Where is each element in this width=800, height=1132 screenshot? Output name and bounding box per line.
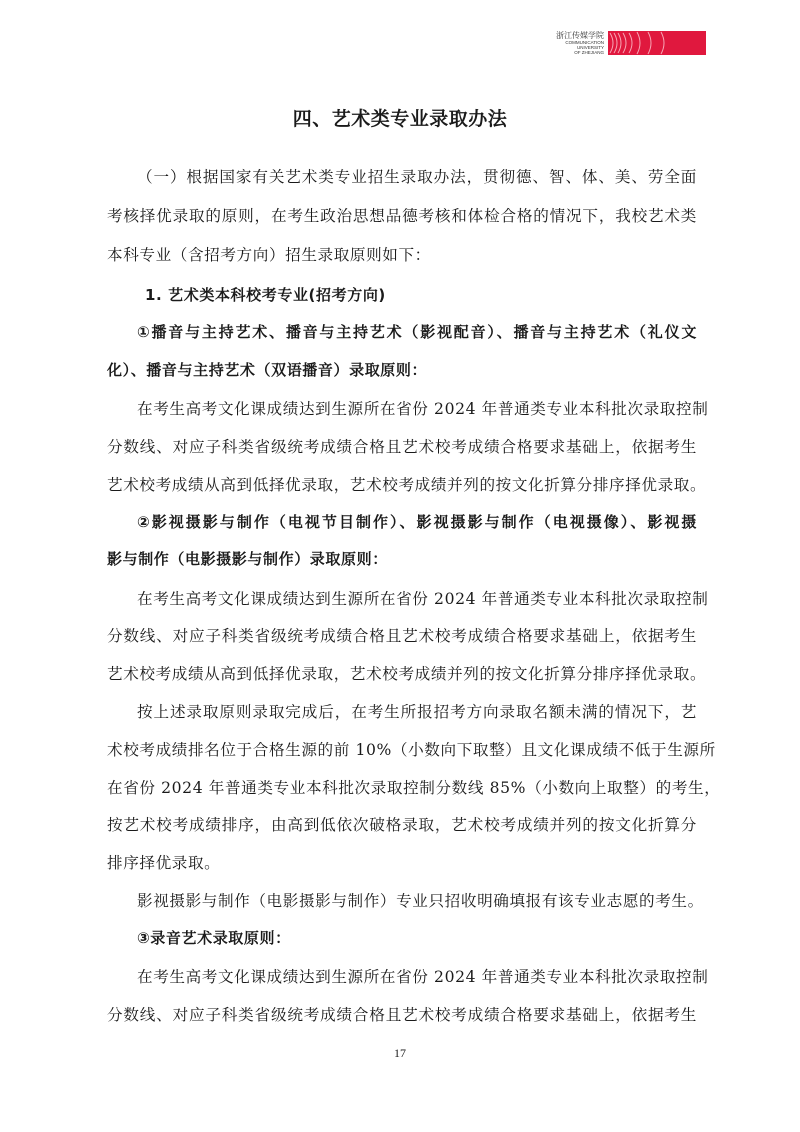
logo-cn-name: 浙江传媒学院	[556, 31, 604, 40]
paragraph-line: 在考生高考文化课成绩达到生源所在省份 2024 年普通类专业本科批次录取控制	[137, 965, 697, 987]
paragraph-line: 按艺术校考成绩排序，由高到低依次破格录取，艺术校考成绩并列的按文化折算分	[107, 813, 697, 835]
paragraph-line: 艺术校考成绩从高到低择优录取，艺术校考成绩并列的按文化折算分排序择优录取。	[107, 662, 697, 684]
paragraph-line: 分数线、对应子科类省级统考成绩合格且艺术校考成绩合格要求基础上，依据考生	[107, 1003, 697, 1025]
paragraph-line: 艺术校考成绩从高到低择优录取，艺术校考成绩并列的按文化折算分排序择优录取。	[107, 473, 697, 495]
subsection-heading: ②影视摄影与制作（电视节目制作）、影视摄影与制作（电视摄像）、影视摄	[137, 511, 697, 532]
logo-red-bar-icon	[608, 31, 712, 55]
paragraph-line: 排序择优录取。	[107, 851, 697, 873]
paragraph-line: 影视摄影与制作（电影摄影与制作）专业只招收明确填报有该专业志愿的考生。	[137, 889, 697, 911]
paragraph-line: （一）根据国家有关艺术类专业招生录取办法，贯彻德、智、体、美、劳全面	[137, 165, 697, 187]
logo-text: 浙江传媒学院 COMMUNICATION UNIVERSITY OF ZHEJI…	[548, 31, 604, 55]
paragraph-line: 分数线、对应子科类省级统考成绩合格且艺术校考成绩合格要求基础上，依据考生	[107, 435, 697, 457]
section-title: 四、艺术类专业录取办法	[0, 104, 800, 131]
university-logo: 浙江传媒学院 COMMUNICATION UNIVERSITY OF ZHEJI…	[548, 26, 720, 60]
paragraph-line: 在省份 2024 年普通类专业本科批次录取控制分数线 85%（小数向上取整）的考…	[107, 776, 697, 798]
subsection-heading: 1. 艺术类本科校考专业(招考方向)	[145, 284, 735, 305]
subsection-heading: ①播音与主持艺术、播音与主持艺术（影视配音）、播音与主持艺术（礼仪文	[137, 321, 697, 342]
paragraph-line: 按上述录取原则录取完成后，在考生所报招考方向录取名额未满的情况下，艺	[137, 700, 697, 722]
subsection-heading: 影与制作（电影摄影与制作）录取原则：	[107, 548, 697, 569]
page-number: 17	[0, 1046, 800, 1061]
subsection-heading: 化）、播音与主持艺术（双语播音）录取原则：	[107, 359, 697, 380]
subsection-heading: ③录音艺术录取原则：	[137, 927, 727, 948]
paragraph-line: 在考生高考文化课成绩达到生源所在省份 2024 年普通类专业本科批次录取控制	[137, 397, 697, 419]
paragraph-line: 术校考成绩排名位于合格生源的前 10%（小数向下取整）且文化课成绩不低于生源所	[107, 738, 697, 760]
paragraph-line: 本科专业（含招考方向）招生录取原则如下：	[107, 243, 697, 265]
paragraph-line: 考核择优录取的原则，在考生政治思想品德考核和体检合格的情况下，我校艺术类	[107, 204, 697, 226]
paragraph-line: 在考生高考文化课成绩达到生源所在省份 2024 年普通类专业本科批次录取控制	[137, 587, 697, 609]
paragraph-line: 分数线、对应子科类省级统考成绩合格且艺术校考成绩合格要求基础上，依据考生	[107, 624, 697, 646]
logo-en-line-3: OF ZHEJIANG	[574, 50, 604, 55]
